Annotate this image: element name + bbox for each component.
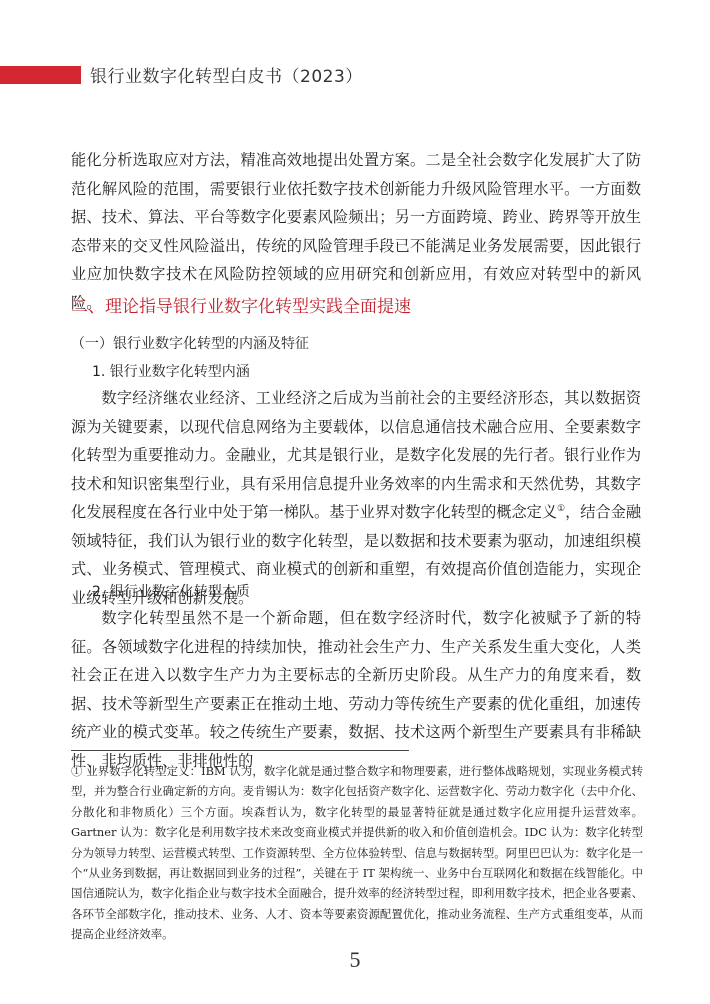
- paragraph-connotation: 数字经济继农业经济、工业经济之后成为当前社会的主要经济形态，其以数据资源为关键要…: [71, 384, 641, 612]
- header-accent-bar: [0, 66, 81, 84]
- item-heading-2: 2. 银行业数字化转型本质: [92, 581, 250, 601]
- document-title: 银行业数字化转型白皮书（2023）: [90, 62, 363, 87]
- footnote-divider: [71, 750, 409, 751]
- page-number: 5: [0, 947, 710, 973]
- footnote-text: ① 业界数字化转型定义：IBM 认为，数字化就是通过整合数字和物理要素，进行整体…: [71, 761, 643, 945]
- subsection-heading: （一）银行业数字化转型的内涵及特征: [71, 333, 309, 353]
- section-heading: 二、理论指导银行业数字化转型实践全面提速: [71, 292, 411, 317]
- footnote: ① 业界数字化转型定义：IBM 认为，数字化就是通过整合数字和物理要素，进行整体…: [71, 761, 643, 945]
- paragraph-text: 数字经济继农业经济、工业经济之后成为当前社会的主要经济形态，其以数据资源为关键要…: [71, 384, 641, 612]
- footnote-ref[interactable]: ①: [557, 504, 565, 514]
- item-heading-1: 1. 银行业数字化转型内涵: [92, 361, 250, 381]
